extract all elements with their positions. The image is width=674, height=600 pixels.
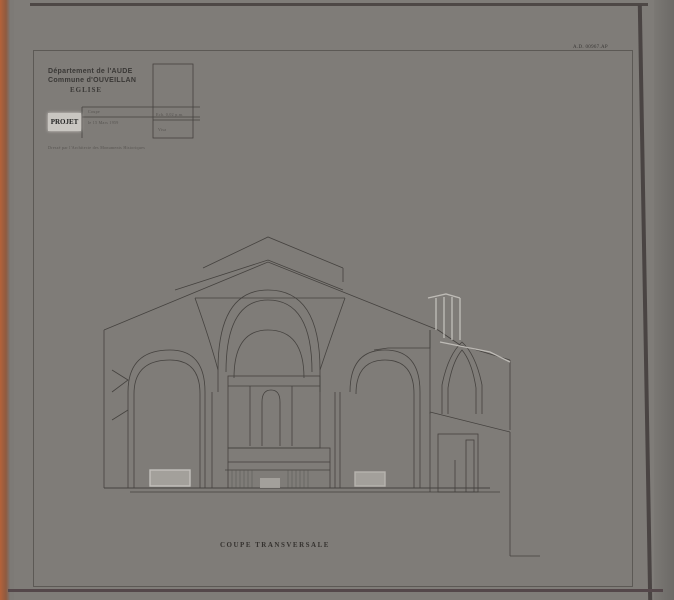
scale-field: Ech. 0,02 p.m.: [156, 112, 184, 117]
architect-note: Dressé par l'Architecte des Monuments Hi…: [48, 145, 145, 150]
title-block-row1: Coupe: [88, 109, 100, 114]
building-label: EGLISE: [70, 86, 102, 94]
commune-label: Commune d'OUVEILLAN: [48, 77, 136, 84]
drawing-caption: COUPE TRANSVERSALE: [220, 541, 330, 549]
title-block-row2: le 15 Mars 1959: [88, 120, 119, 125]
department-label: Département de l'AUDE: [48, 68, 133, 75]
visa-field: Visa: [158, 127, 166, 132]
archive-reference: A.D. 00967.AP: [573, 45, 608, 50]
projet-stamp: PROJET: [48, 113, 81, 131]
projet-stamp-text: PROJET: [51, 118, 79, 126]
